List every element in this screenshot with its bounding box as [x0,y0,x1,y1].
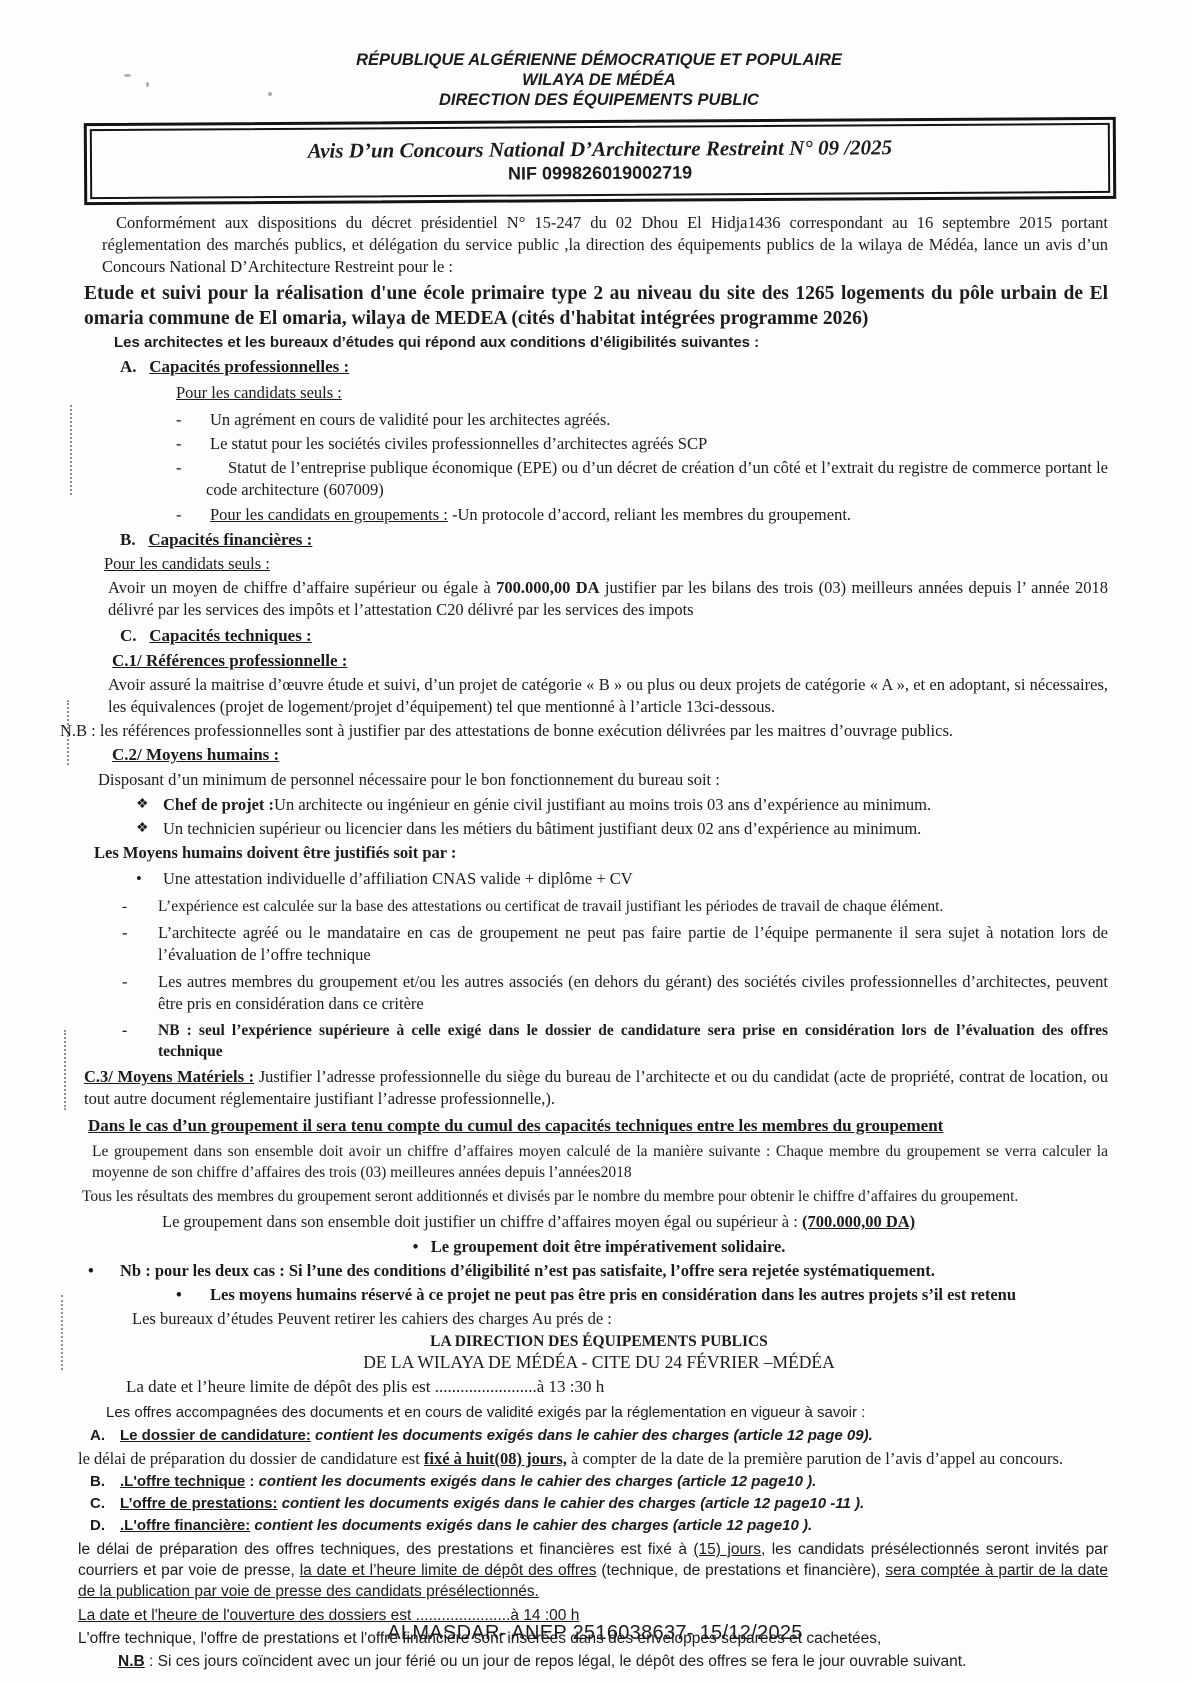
dash-marker: - [122,922,158,944]
section-b-letter: B. [120,530,136,549]
offers-intro: Les offres accompagnées des documents et… [106,1403,1108,1423]
scan-artifact [67,700,69,765]
round-bullet-icon: • [176,1284,210,1306]
offre-prestations-rest: contient les documents exigés dans le ca… [278,1495,865,1512]
delay2-s1: le délai de préparation des offres techn… [78,1541,693,1558]
nb-two-cases-line: • Nb : pour les deux cas : Si l’une des … [88,1260,1108,1282]
section-b-heading: B. Capacités financières : [120,529,1108,551]
dossier-candidature-rest: contient les documents exigés dans le ca… [311,1427,873,1444]
holiday-nb-rest: : Si ces jours coïncident avec un jour f… [145,1653,967,1670]
notice-title-box-inner: Avis D’un Concours National D’Architectu… [90,123,1110,199]
section-a-title: Capacités professionnelles : [149,357,349,376]
solidaire-bullet-line: • Le groupement doit être impérativement… [90,1236,1108,1258]
section-a-letter: A. [120,357,137,376]
human-means-reserved-text: Les moyens humains réservé à ce projet n… [210,1284,1108,1306]
holiday-nb-head: N.B [118,1653,145,1670]
eligibility-line: Les architectes et les bureaux d’études … [114,333,1108,353]
human-means-justify-title: Les Moyens humains doivent être justifié… [94,842,1108,864]
list-item-text: L’architecte agréé ou le mandataire en c… [158,922,1108,966]
offre-financiere-rest: contient les documents exigés dans le ca… [250,1517,812,1534]
item-letter: B. [90,1472,120,1492]
list-item: ❖ Chef de projet :Un architecte ou ingén… [136,794,1108,816]
retreat-intro: Les bureaux d’études Peuvent retirer les… [132,1308,1108,1330]
scan-speck [124,74,131,77]
anep-footer: ALMASDAR- ANEP 2516038637- 15/12/2025 [0,1622,1190,1645]
list-item: - Le statut pour les sociétés civiles pr… [176,433,1108,455]
delay1-pre: le délai de préparation du dossier de ca… [78,1449,424,1468]
groupement-p1: Le groupement dans son ensemble doit avo… [92,1141,1108,1183]
list-item: - L’expérience est calculée sur la base … [122,896,1108,917]
groupement-candidates-head: Pour les candidats en groupements : [210,505,448,524]
solidaire-text: Le groupement doit être impérativement s… [431,1237,786,1256]
list-item: • Une attestation individuelle d’affilia… [136,868,1108,890]
list-item: - NB : seul l’expérience supérieure à ce… [122,1020,1108,1062]
list-item: ❖ Un technicien supérieur ou licencier d… [136,818,1108,840]
diamond-bullet-icon: ❖ [136,818,163,840]
section-a-subheading: Pour les candidats seuls : [176,382,1108,404]
nb-experience-note: NB : seul l’expérience supérieure à cell… [158,1020,1108,1062]
list-item-text: Le statut pour les sociétés civiles prof… [210,433,1108,455]
item-letter: D. [90,1516,120,1536]
section-b-title: Capacités financières : [148,530,312,549]
chef-projet-rest: Un architecte ou ingénieur en génie civi… [274,795,931,814]
scan-artifact [61,1295,63,1370]
offre-prestations-item: C. L’offre de prestations: contient les … [90,1494,1108,1514]
wilaya-address-line: DE LA WILAYA DE MÉDÉA - CITE DU 24 FÉVRI… [90,1351,1108,1373]
threshold-amount: (700.000,00 DA) [802,1212,915,1231]
project-heading: Etude et suivi pour la réalisation d'une… [84,281,1108,331]
dash-marker: - [176,504,210,526]
list-item-text: Chef de projet :Un architecte ou ingénie… [163,794,1108,816]
offre-technique-item: B. .L'offre technique : contient les doc… [90,1472,1108,1492]
section-c-letter: C. [120,626,137,645]
item-letter: A. [90,1426,120,1446]
list-item-text: Une attestation individuelle d’affiliati… [163,868,1108,890]
offre-prestations-head: L’offre de prestations: [120,1495,278,1512]
finance-amount: 700.000,00 DA [496,578,599,597]
list-item: - Pour les candidats en groupements : -U… [176,504,1108,526]
scanned-notice-page: RÉPUBLIQUE ALGÉRIENNE DÉMOCRATIQUE ET PO… [0,0,1190,1683]
round-bullet-icon: • [413,1237,419,1256]
scan-artifact [64,1030,66,1110]
offre-technique-head: .L'offre technique [120,1473,245,1490]
direction-name-line: LA DIRECTION DES ÉQUIPEMENTS PUBLICS [90,1332,1108,1351]
dash-marker: - [122,971,158,993]
list-item: - L’architecte agréé ou le mandataire en… [122,922,1108,966]
groupement-rule-title: Dans le cas d’un groupement il sera tenu… [88,1115,1108,1137]
groupement-candidates-rest: -Un protocole d’accord, reliant les memb… [448,505,851,524]
candidature-delay-line: le délai de préparation du dossier de ca… [78,1448,1108,1470]
list-item: - Un agrément en cours de validité pour … [176,409,1108,431]
c1-paragraph: Avoir assuré la maitrise d’œuvre étude e… [108,674,1108,718]
list-item: - Statut de l’entreprise publique économ… [176,457,1108,501]
offre-financiere-head: .L'offre financière: [120,1517,250,1534]
round-bullet-icon: • [88,1260,120,1282]
nif-number: NIF 099826019002719 [102,159,1098,188]
section-a-heading: A. Capacités professionnelles : [120,356,1108,378]
offre-technique-sep: : [245,1473,258,1490]
item-text: Le dossier de candidature: contient les … [120,1426,1108,1446]
section-b-subheading: Pour les candidats seuls : [104,553,1108,575]
direction-header-line: DIRECTION DES ÉQUIPEMENTS PUBLIC [90,90,1108,110]
intro-paragraph: Conformément aux dispositions du décret … [102,212,1108,278]
republic-header-line: RÉPUBLIQUE ALGÉRIENNE DÉMOCRATIQUE ET PO… [90,50,1108,70]
wilaya-header-line: WILAYA DE MÉDÉA [90,70,1108,90]
notice-title-box: Avis D’un Concours National D’Architectu… [84,117,1116,205]
delay2-s3: (technique, de prestations et financière… [596,1562,885,1579]
section-c-title: Capacités techniques : [149,626,311,645]
nb-two-cases-text: Nb : pour les deux cas : Si l’une des co… [120,1260,1108,1282]
groupement-threshold: Le groupement dans son ensemble doit jus… [162,1211,1108,1233]
delay1-duration: fixé à huit(08) jours, [424,1449,567,1468]
item-letter: C. [90,1494,120,1514]
dash-marker: - [122,1020,158,1041]
diamond-bullet-icon: ❖ [136,794,163,816]
offers-delay-paragraph: le délai de préparation des offres techn… [78,1539,1108,1602]
c3-paragraph: C.3/ Moyens Matériels : Justifier l’adre… [84,1066,1108,1110]
item-text: L’offre de prestations: contient les doc… [120,1494,1108,1514]
dossier-candidature-head: Le dossier de candidature: [120,1427,311,1444]
dash-marker: - [176,433,210,455]
list-item-text: Un technicien supérieur ou licencier dan… [163,818,1108,840]
list-item-text: Les autres membres du groupement et/ou l… [158,971,1108,1015]
scan-artifact [70,405,72,495]
c2-intro: Disposant d’un minimum de personnel néce… [98,769,1108,791]
scan-speck [268,92,272,96]
list-item-text: L’expérience est calculée sur la base de… [158,896,1108,917]
deposit-deadline-line: La date et l’heure limite de dépôt des p… [126,1376,1108,1398]
list-item: - Les autres membres du groupement et/ou… [122,971,1108,1015]
section-c-heading: C. Capacités techniques : [120,625,1108,647]
finance-requirement: Avoir un moyen de chiffre d’affaire supé… [108,577,1108,621]
section-c3-heading: C.3/ Moyens Matériels : [84,1067,254,1086]
holiday-nb-line: N.B : Si ces jours coïncident avec un jo… [118,1651,1108,1672]
section-c1-heading: C.1/ Références professionnelle : [112,650,1108,672]
dash-marker: - [122,896,158,917]
offre-financiere-item: D. .L'offre financière: contient les doc… [90,1516,1108,1536]
list-item-text: Un agrément en cours de validité pour le… [210,409,1108,431]
delay2-deposit-limit: la date et l’heure limite de dépôt des o… [300,1562,597,1579]
delay2-duration: (15) jours [693,1541,761,1558]
human-means-reserved-line: • Les moyens humains réservé à ce projet… [176,1284,1108,1306]
item-text: .L'offre financière: contient les docume… [120,1516,1108,1536]
threshold-pre: Le groupement dans son ensemble doit jus… [162,1212,802,1231]
finance-requirement-pre: Avoir un moyen de chiffre d’affaire supé… [108,578,496,597]
dossier-candidature-item: A. Le dossier de candidature: contient l… [90,1426,1108,1446]
dash-marker: - [176,409,210,431]
scan-speck [146,82,149,87]
list-item-text: Statut de l’entreprise publique économiq… [206,457,1108,501]
delay1-post: à compter de la date de la première paru… [567,1449,1063,1468]
groupement-p2: Tous les résultats des membres du groupe… [82,1186,1108,1207]
item-text: .L'offre technique : contient les docume… [120,1472,1108,1492]
chef-projet-head: Chef de projet : [163,795,274,814]
offre-technique-rest: contient les documents exigés dans le ca… [259,1473,817,1490]
round-bullet-icon: • [136,868,163,890]
section-c2-heading: C.2/ Moyens humains : [112,744,1108,766]
c1-nb-note: N.B : les références professionnelles so… [60,720,1108,742]
list-item-text: Pour les candidats en groupements : -Un … [210,504,1108,526]
